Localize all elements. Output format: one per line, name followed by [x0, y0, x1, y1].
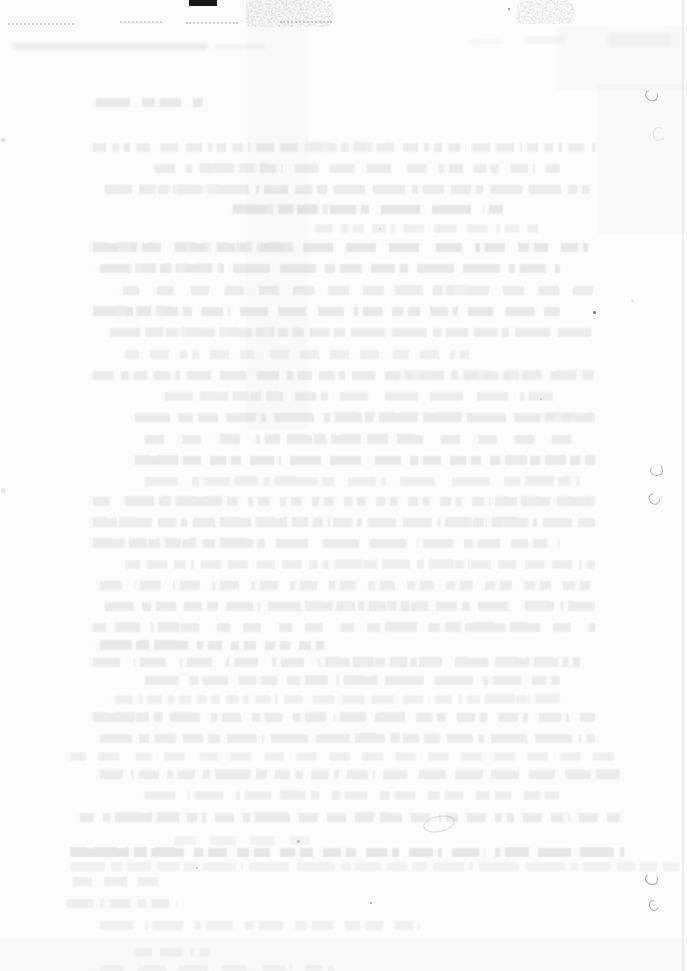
dotted-rule-segment	[120, 21, 162, 23]
ink-smudge	[607, 33, 671, 47]
dotted-rule-segment	[186, 22, 238, 24]
faded-text-line	[88, 658, 580, 667]
ink-smudge	[214, 44, 266, 50]
darker-text-span	[88, 538, 200, 548]
darker-text-span	[540, 412, 595, 422]
faded-text-line	[120, 560, 595, 569]
faded-text-line	[88, 539, 560, 548]
faded-text-line	[170, 836, 310, 845]
darker-text-span	[65, 847, 175, 857]
darker-text-span	[195, 163, 270, 173]
faded-text-line	[88, 143, 595, 152]
darker-text-span	[320, 657, 470, 667]
header-artifacts	[0, 0, 687, 971]
paper-shading-band	[597, 84, 687, 234]
darker-text-span	[520, 476, 580, 486]
darker-text-span	[330, 412, 470, 422]
faded-text-line	[65, 848, 625, 857]
darker-text-span	[110, 622, 180, 632]
faded-text-line	[62, 899, 177, 908]
stray-marks-layer	[0, 0, 687, 971]
faded-text-line	[88, 518, 595, 527]
faded-text-line	[140, 791, 560, 800]
faded-title-line	[91, 98, 203, 107]
darker-text-span	[210, 769, 260, 779]
faded-text-line	[228, 205, 503, 214]
ink-curl-mark	[644, 88, 660, 103]
darker-text-span	[215, 538, 260, 548]
ink-speck	[379, 228, 381, 230]
faded-text-line	[88, 713, 595, 722]
darker-text-span	[500, 455, 595, 465]
ink-speck	[540, 398, 542, 400]
dotted-rule-segment	[280, 21, 332, 23]
darker-text-span	[440, 622, 530, 632]
faded-text-line	[95, 734, 595, 743]
ink-speck	[196, 867, 198, 869]
faded-text-line	[100, 185, 590, 194]
darker-text-span	[88, 712, 200, 722]
ink-speck	[1, 488, 6, 493]
paper-shading-band	[0, 938, 687, 971]
faded-text-line	[100, 602, 595, 611]
faded-text-line	[150, 164, 560, 173]
darker-text-span	[250, 812, 290, 822]
ink-curl-mark	[652, 126, 666, 142]
scan-noise-blob	[246, 0, 333, 27]
darker-text-span	[130, 263, 230, 273]
faded-text-line	[88, 243, 588, 252]
ink-curl-mark	[644, 873, 659, 886]
darker-text-span	[300, 142, 390, 152]
faded-text-line	[160, 392, 560, 401]
faded-text-line	[75, 813, 620, 822]
darker-text-span	[350, 733, 400, 743]
faded-text-line	[118, 286, 593, 295]
darker-text-span	[100, 184, 220, 194]
faded-text-line	[88, 371, 593, 380]
faded-text-line	[65, 752, 620, 761]
faded-text-line	[95, 921, 420, 930]
ink-speck	[631, 299, 634, 302]
redaction-black-bar	[189, 0, 217, 6]
darker-text-span	[560, 769, 620, 779]
ink-smudge	[470, 38, 504, 44]
ink-speck	[1, 138, 5, 142]
faded-text-line	[95, 641, 330, 650]
dotted-rule-segment	[8, 23, 74, 25]
darker-text-span	[300, 675, 380, 685]
darker-text-span	[275, 790, 315, 800]
faded-text-line	[105, 328, 593, 337]
darker-text-span	[520, 601, 575, 611]
darker-text-span	[400, 370, 595, 380]
ink-speck	[297, 840, 300, 843]
darker-text-span	[300, 601, 430, 611]
faded-text-line	[130, 948, 210, 957]
darker-text-span	[260, 434, 420, 444]
darker-text-span	[110, 812, 180, 822]
darker-text-span	[195, 391, 280, 401]
faded-text-line	[140, 676, 560, 685]
faded-text-line	[95, 770, 620, 779]
scanned-page	[0, 0, 687, 971]
faded-text-line	[95, 965, 335, 971]
faded-text-line	[130, 456, 595, 465]
darker-text-span	[95, 640, 180, 650]
faded-text-line	[68, 877, 158, 886]
darker-text-span	[88, 242, 153, 252]
darker-text-span	[88, 306, 173, 316]
darker-text-span	[88, 517, 150, 527]
darker-text-span	[350, 812, 390, 822]
darker-text-span	[228, 204, 328, 214]
faded-text-line	[310, 224, 540, 233]
ink-speck	[593, 311, 596, 314]
darker-text-span	[490, 657, 580, 667]
darker-text-span	[390, 285, 475, 295]
scan-noise-blob	[517, 0, 575, 24]
paper-shading-band	[556, 26, 687, 90]
faded-text-line	[65, 862, 680, 871]
darker-text-span	[170, 242, 300, 252]
pencil-scribble-ellipse	[422, 813, 457, 835]
paper-edge-shadow	[682, 0, 684, 971]
faded-text-line	[88, 307, 560, 316]
ink-curl-mark	[649, 464, 664, 477]
ink-curl-mark	[647, 899, 660, 913]
darker-text-span	[330, 559, 470, 569]
darker-text-span	[500, 847, 530, 857]
ink-curl-mark	[646, 491, 662, 506]
ink-speck	[370, 902, 372, 904]
faded-text-line	[130, 413, 595, 422]
faded-text-line	[140, 435, 580, 444]
shading-layer	[0, 0, 687, 971]
body-text-block	[0, 0, 687, 971]
ink-smudge	[524, 36, 566, 44]
darker-text-span	[120, 496, 230, 506]
darker-text-span	[300, 712, 420, 722]
ink-speck	[508, 8, 510, 10]
darker-text-span	[230, 476, 300, 486]
faded-text-line	[120, 350, 480, 359]
faded-text-line	[140, 477, 580, 486]
darker-text-span	[490, 496, 595, 506]
faded-text-line	[95, 264, 560, 273]
darker-text-span	[140, 327, 300, 337]
faded-text-line	[110, 695, 560, 704]
darker-text-span	[575, 847, 625, 857]
darker-text-span	[480, 694, 560, 704]
paper-shading-band	[246, 0, 308, 430]
ink-smudge	[12, 43, 208, 50]
darker-text-span	[130, 455, 180, 465]
faded-text-line	[88, 497, 595, 506]
darker-text-span	[215, 517, 330, 527]
faded-text-line	[88, 623, 595, 632]
darker-text-span	[380, 622, 420, 632]
darker-text-span	[440, 517, 530, 527]
darker-text-span	[215, 434, 240, 444]
faded-text-line	[95, 581, 595, 590]
